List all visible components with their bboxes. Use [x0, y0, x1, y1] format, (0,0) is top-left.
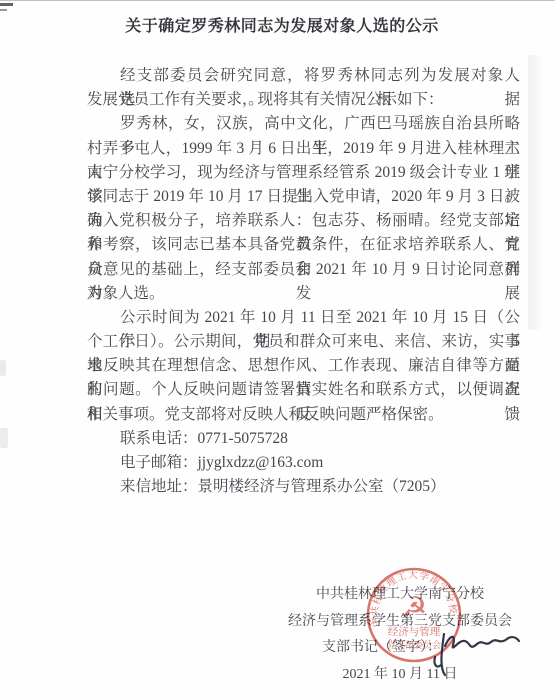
body-line: 南宁分校学习，现为经济与管理系经管系 2019 级会计专业 1 班学生。: [87, 161, 520, 185]
body-line: 众意见的基础上，经支部委员会 2021 年 10 月 9 日讨论同意列为发展: [87, 258, 520, 282]
body-line: 公示时间为 2021 年 10 月 11 日至 2021 年 10 月 15 日…: [87, 306, 520, 330]
date-line: 2021 年 10 月 11 日: [280, 662, 520, 689]
scan-edge-top: [0, 0, 555, 1]
scan-streak: [528, 55, 541, 330]
body-line: 地反映其在理想信念、思想作风、工作表现、廉洁自律等方面的情况: [87, 354, 520, 378]
notice-title: 关于确定罗秀林同志为发展对象人选的公示: [57, 13, 507, 36]
body-line: 和考察，该同志已基本具备党员条件，在征求培养联系人、党员和群: [87, 233, 520, 257]
body-line: 个工作日）。公示期间，党员和群众可来电、来信、来访，实事求是: [87, 330, 520, 354]
signer-label: 支部书记（签字）：: [280, 635, 520, 662]
body-line: 罗秀林，女，汉族，高中文化，广西巴马瑶族自治县所略乡平六: [87, 112, 520, 136]
body-paragraphs: 经支部委员会研究同意，将罗秀林同志列为发展对象人选。根据发展党员工作有关要求，现…: [87, 64, 520, 427]
scan-smudge: [0, 360, 6, 376]
body-line: 该同志于 2019 年 10 月 17 日提出入党申请，2020 年 9 月 3…: [87, 185, 520, 209]
body-line: 为入党积极分子，培养联系人：包志芬、杨丽晴。经党支部培养教育: [87, 209, 520, 233]
scan-mark: [0, 9, 7, 11]
scan-mark: [0, 3, 13, 6]
body-line: 和问题。个人反映问题请签署真实姓名和联系方式，以便调查和反馈: [87, 378, 520, 402]
body-line: 村弄干屯人，1999 年 3 月 6 日出生，2019 年 9 月进入桂林理工大…: [87, 137, 520, 161]
notice-body: 经支部委员会研究同意，将罗秀林同志列为发展对象人选。根据发展党员工作有关要求，现…: [87, 64, 520, 499]
org-name-line-2: 经济与管理系学生第三党支部委员会: [280, 609, 520, 636]
contact-line: 来信地址：景明楼经济与管理系办公室（7205）: [87, 475, 520, 499]
scanned-notice-page: 关于确定罗秀林同志为发展对象人选的公示 经支部委员会研究同意，将罗秀林同志列为发…: [0, 0, 555, 700]
contact-line: 电子邮箱：jjyglxdzz@163.com: [87, 451, 520, 475]
contact-lines: 联系电话：0771-5075728电子邮箱：jjyglxdzz@163.com来…: [87, 427, 520, 500]
org-name-line-1: 中共桂林理工大学南宁分校: [280, 582, 520, 609]
scan-smudge: [0, 428, 8, 448]
contact-line: 联系电话：0771-5075728: [87, 427, 520, 451]
body-line: 经支部委员会研究同意，将罗秀林同志列为发展对象人选。根据: [87, 64, 520, 88]
signature-block: 中共桂林理工大学南宁分校 经济与管理系学生第三党支部委员会 支部书记（签字）： …: [280, 582, 520, 688]
